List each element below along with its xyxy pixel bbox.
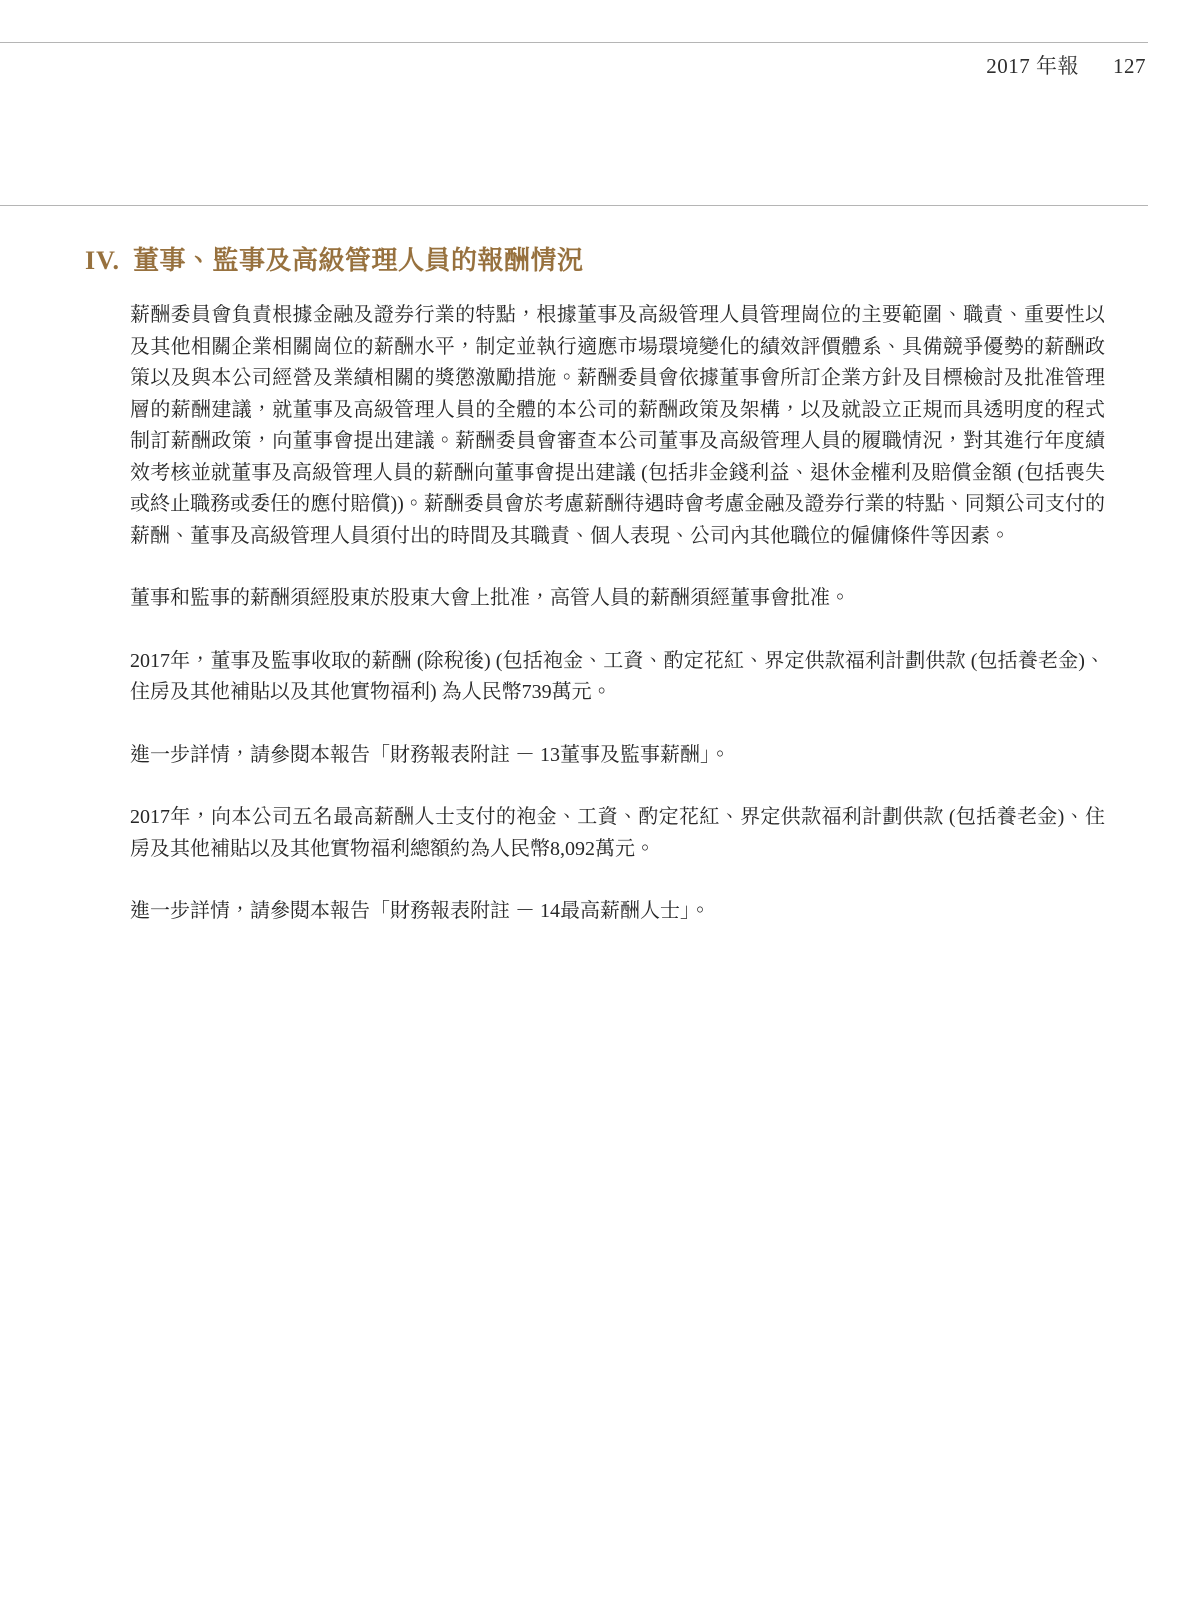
annual-report-page: 2017 年報127 IV. 董事、監事及高級管理人員的報酬情況 薪酬委員會負責… [0, 0, 1190, 1615]
paragraph-reference-note-14: 進一步詳情，請參閱本報告「財務報表附註 － 14最高薪酬人士」。 [130, 896, 1105, 928]
page-number: 127 [1113, 54, 1146, 78]
paragraph-remuneration-committee-duties: 薪酬委員會負責根據金融及證券行業的特點，根據董事及高級管理人員管理崗位的主要範圍… [130, 300, 1105, 552]
header-bottom-rule [0, 205, 1148, 206]
paragraph-2017-top-five-remuneration: 2017年，向本公司五名最高薪酬人士支付的袍金、工資、酌定花紅、界定供款福利計劃… [130, 802, 1105, 865]
section-body: 薪酬委員會負責根據金融及證券行業的特點，根據董事及高級管理人員管理崗位的主要範圍… [130, 300, 1105, 959]
header-top-rule [0, 42, 1148, 43]
section-heading: IV. 董事、監事及高級管理人員的報酬情況 [85, 243, 584, 279]
section-title: 董事、監事及高級管理人員的報酬情況 [133, 243, 584, 279]
section-numeral: IV. [85, 243, 120, 279]
paragraph-reference-note-13: 進一步詳情，請參閱本報告「財務報表附註 － 13董事及監事薪酬」。 [130, 740, 1105, 772]
paragraph-approval-of-remuneration: 董事和監事的薪酬須經股東於股東大會上批准，高管人員的薪酬須經董事會批准。 [130, 583, 1105, 615]
report-title: 2017 年報 [986, 54, 1079, 78]
paragraph-2017-directors-supervisors-remuneration: 2017年，董事及監事收取的薪酬 (除稅後) (包括袍金、工資、酌定花紅、界定供… [130, 646, 1105, 709]
page-header: 2017 年報127 [0, 50, 1146, 80]
